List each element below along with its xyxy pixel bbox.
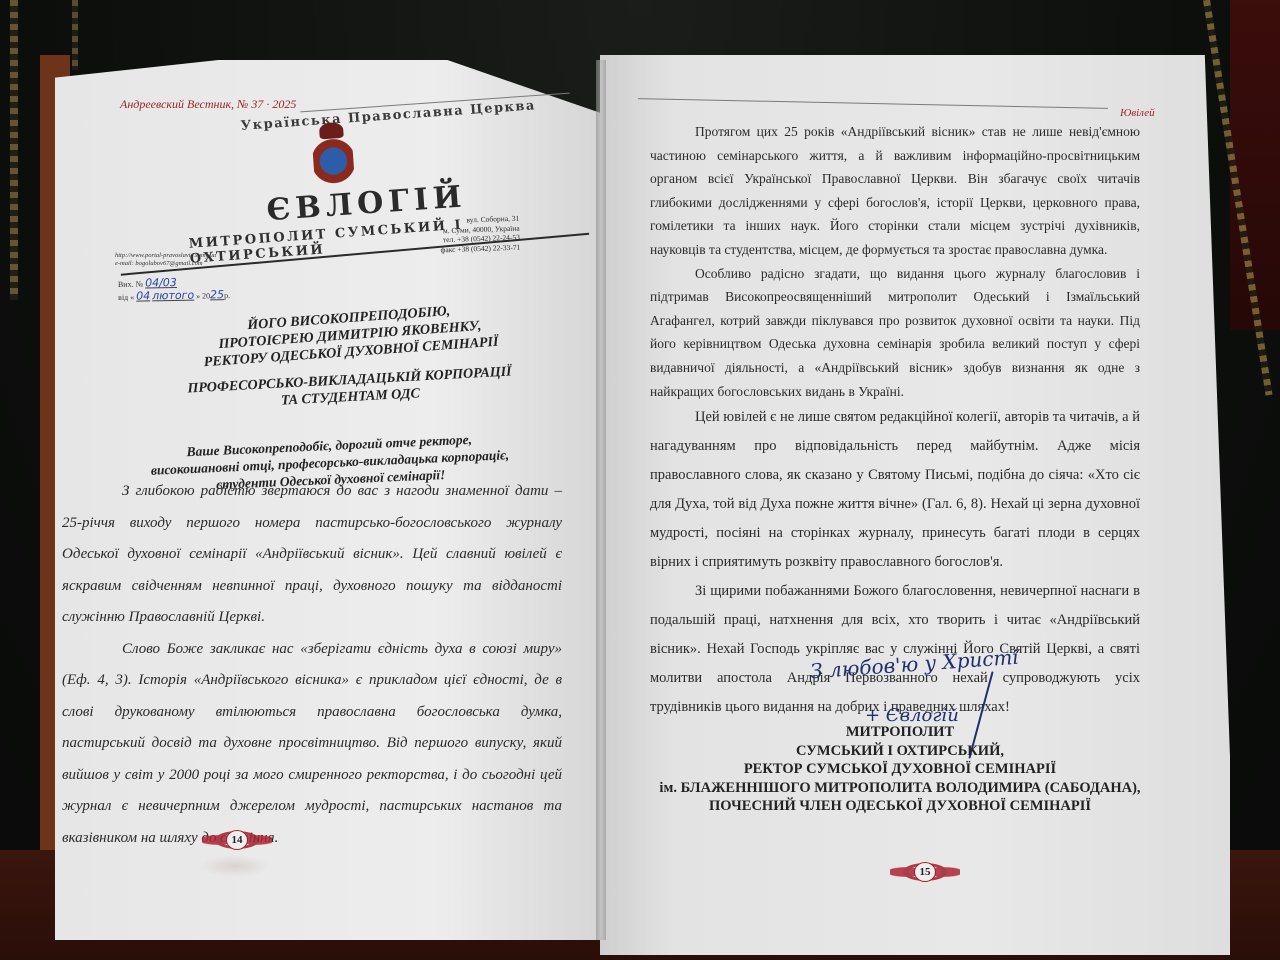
running-head-right: Ювілей [1120, 107, 1155, 119]
outgoing-ref: Вих. № 04/03 від « 04 лютого » 2025р. [118, 275, 230, 303]
coat-of-arms-icon [311, 131, 355, 186]
ref-number: 04/03 [145, 276, 177, 290]
paragraph: Зі щирими побажаннями Божого благословен… [650, 577, 1140, 722]
gold-ornament-border [72, 0, 78, 70]
paragraph: Слово Боже закликає нас «зберігати єдніс… [62, 634, 562, 855]
page-number: 15 [914, 862, 936, 882]
paragraph: З глибокою радістю звертаюся до вас з на… [62, 476, 562, 634]
signature-block: МИТРОПОЛИТ СУМСЬКИЙ І ОХТИРСЬКИЙ, РЕКТОР… [640, 723, 1160, 816]
right-body-text: Протягом цих 25 років «Андріївський вісн… [650, 120, 1140, 722]
signature-line: МИТРОПОЛИТ [640, 723, 1160, 742]
ref-label: Вих. № [118, 280, 143, 289]
page-number-right: 15 [890, 858, 960, 886]
paragraph: Цей ювілей є не лише святом редакційної … [650, 403, 1140, 577]
date-suffix: р. [224, 291, 230, 300]
date-day: 04 [136, 289, 150, 302]
book-gutter [596, 60, 606, 940]
website-link: http://www.portal-pravoslavie.sumy.ua [115, 252, 216, 260]
signature-line: ПОЧЕСНИЙ ЧЛЕН ОДЕСЬКОЇ ДУХОВНОЇ СЕМІНАРІ… [640, 797, 1160, 816]
paragraph: Особливо радісно згадати, що видання цьо… [650, 262, 1140, 404]
signature-line: РЕКТОР СУМСЬКОЇ ДУХОВНОЇ СЕМІНАРІЇ [640, 760, 1160, 779]
contacts: http://www.portal-pravoslavie.sumy.ua e-… [115, 252, 216, 268]
signature-line: СУМСЬКИЙ І ОХТИРСЬКИЙ, [640, 742, 1160, 761]
page-number-left: 14 [202, 826, 272, 854]
page-number: 14 [226, 830, 248, 850]
show-through-ornament [200, 855, 270, 877]
date-month: лютого [152, 289, 194, 303]
date-year: 25 [210, 288, 224, 301]
signature-line: ім. БЛАЖЕННІШОГО МИТРОПОЛИТА ВОЛОДИМИРА … [640, 779, 1160, 798]
postal-address: вул. Соборна, 31 м. Суми, 40000, Україна… [439, 214, 520, 255]
email-address: e-mail: bogolubov67@gmail.com [115, 260, 216, 268]
left-body-text: З глибокою радістю звертаюся до вас з на… [62, 476, 562, 854]
paragraph: Протягом цих 25 років «Андріївський вісн… [650, 120, 1140, 262]
background-red-fabric [1230, 0, 1280, 330]
date-year-prefix: » 20 [196, 291, 210, 300]
gold-ornament-border [10, 0, 18, 300]
date-label: від « [118, 293, 134, 302]
